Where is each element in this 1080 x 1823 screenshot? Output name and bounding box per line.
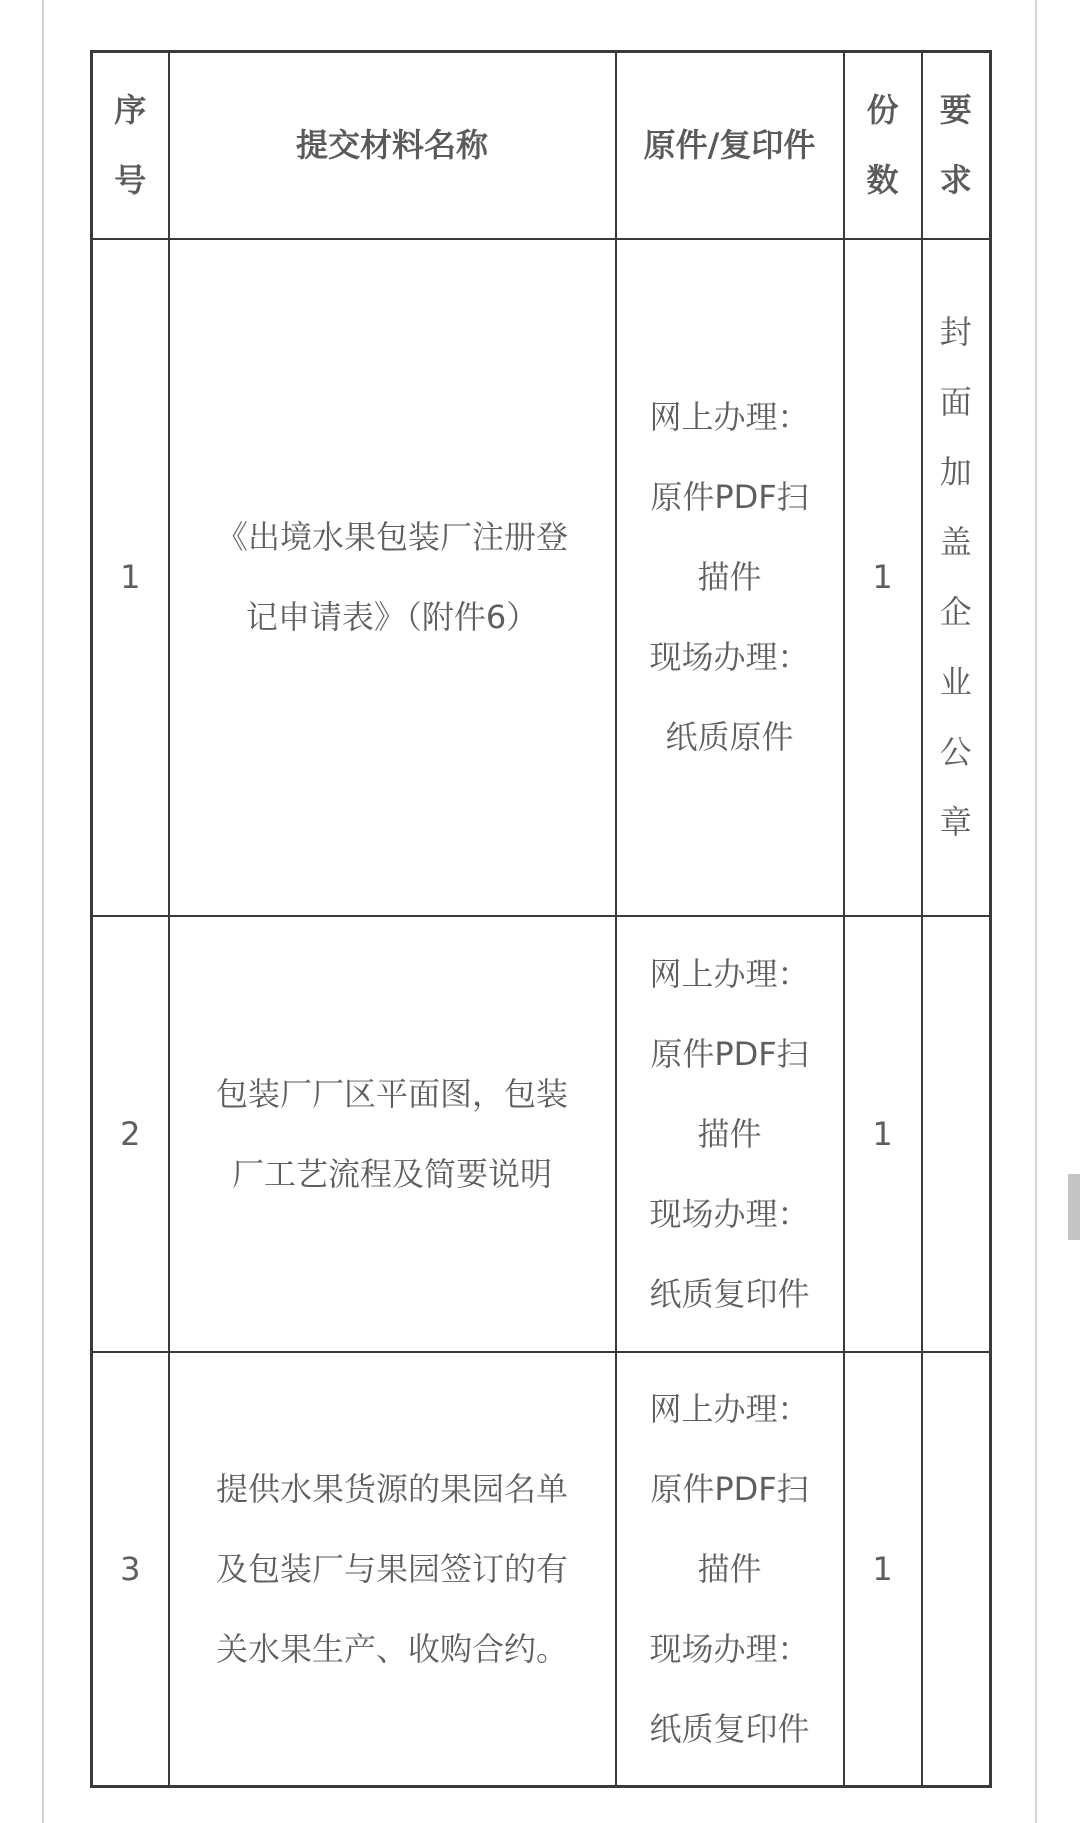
materials-table: 序 号 提交材料名称 原件/复印件 份 数 要 求 1 《出境水果包装厂注册登 … xyxy=(90,50,992,1788)
cell-name: 提供水果货源的果园名单 及包装厂与果园签订的有 关水果生产、收购合约。 xyxy=(169,1352,616,1787)
header-requirement: 要 求 xyxy=(922,52,991,239)
table-row: 1 《出境水果包装厂注册登 记申请表》（附件6） 网上办理： 原件PDF扫 描件… xyxy=(92,239,991,916)
cell-requirement xyxy=(922,916,991,1352)
cell-count: 1 xyxy=(844,1352,922,1787)
cell-type: 网上办理： 原件PDF扫 描件 现场办理： 纸质复印件 xyxy=(616,1352,844,1787)
table-row: 2 包装厂厂区平面图，包装 厂工艺流程及简要说明 网上办理： 原件PDF扫 描件… xyxy=(92,916,991,1352)
page-border-right xyxy=(1035,0,1037,1823)
cell-name: 《出境水果包装厂注册登 记申请表》（附件6） xyxy=(169,239,616,916)
cell-requirement xyxy=(922,1352,991,1787)
cell-count: 1 xyxy=(844,239,922,916)
cell-seq: 1 xyxy=(92,239,169,916)
table-row: 3 提供水果货源的果园名单 及包装厂与果园签订的有 关水果生产、收购合约。 网上… xyxy=(92,1352,991,1787)
header-type: 原件/复印件 xyxy=(616,52,844,239)
header-seq: 序 号 xyxy=(92,52,169,239)
cell-type: 网上办理： 原件PDF扫 描件 现场办理： 纸质原件 xyxy=(616,239,844,916)
page-border-left xyxy=(42,0,44,1823)
header-count: 份 数 xyxy=(844,52,922,239)
cell-type: 网上办理： 原件PDF扫 描件 现场办理： 纸质复印件 xyxy=(616,916,844,1352)
header-name: 提交材料名称 xyxy=(169,52,616,239)
scrollbar-thumb[interactable] xyxy=(1068,1174,1080,1240)
cell-count: 1 xyxy=(844,916,922,1352)
table-header-row: 序 号 提交材料名称 原件/复印件 份 数 要 求 xyxy=(92,52,991,239)
cell-requirement: 封 面 加 盖 企 业 公 章 xyxy=(922,239,991,916)
cell-name: 包装厂厂区平面图，包装 厂工艺流程及简要说明 xyxy=(169,916,616,1352)
cell-seq: 2 xyxy=(92,916,169,1352)
cell-seq: 3 xyxy=(92,1352,169,1787)
